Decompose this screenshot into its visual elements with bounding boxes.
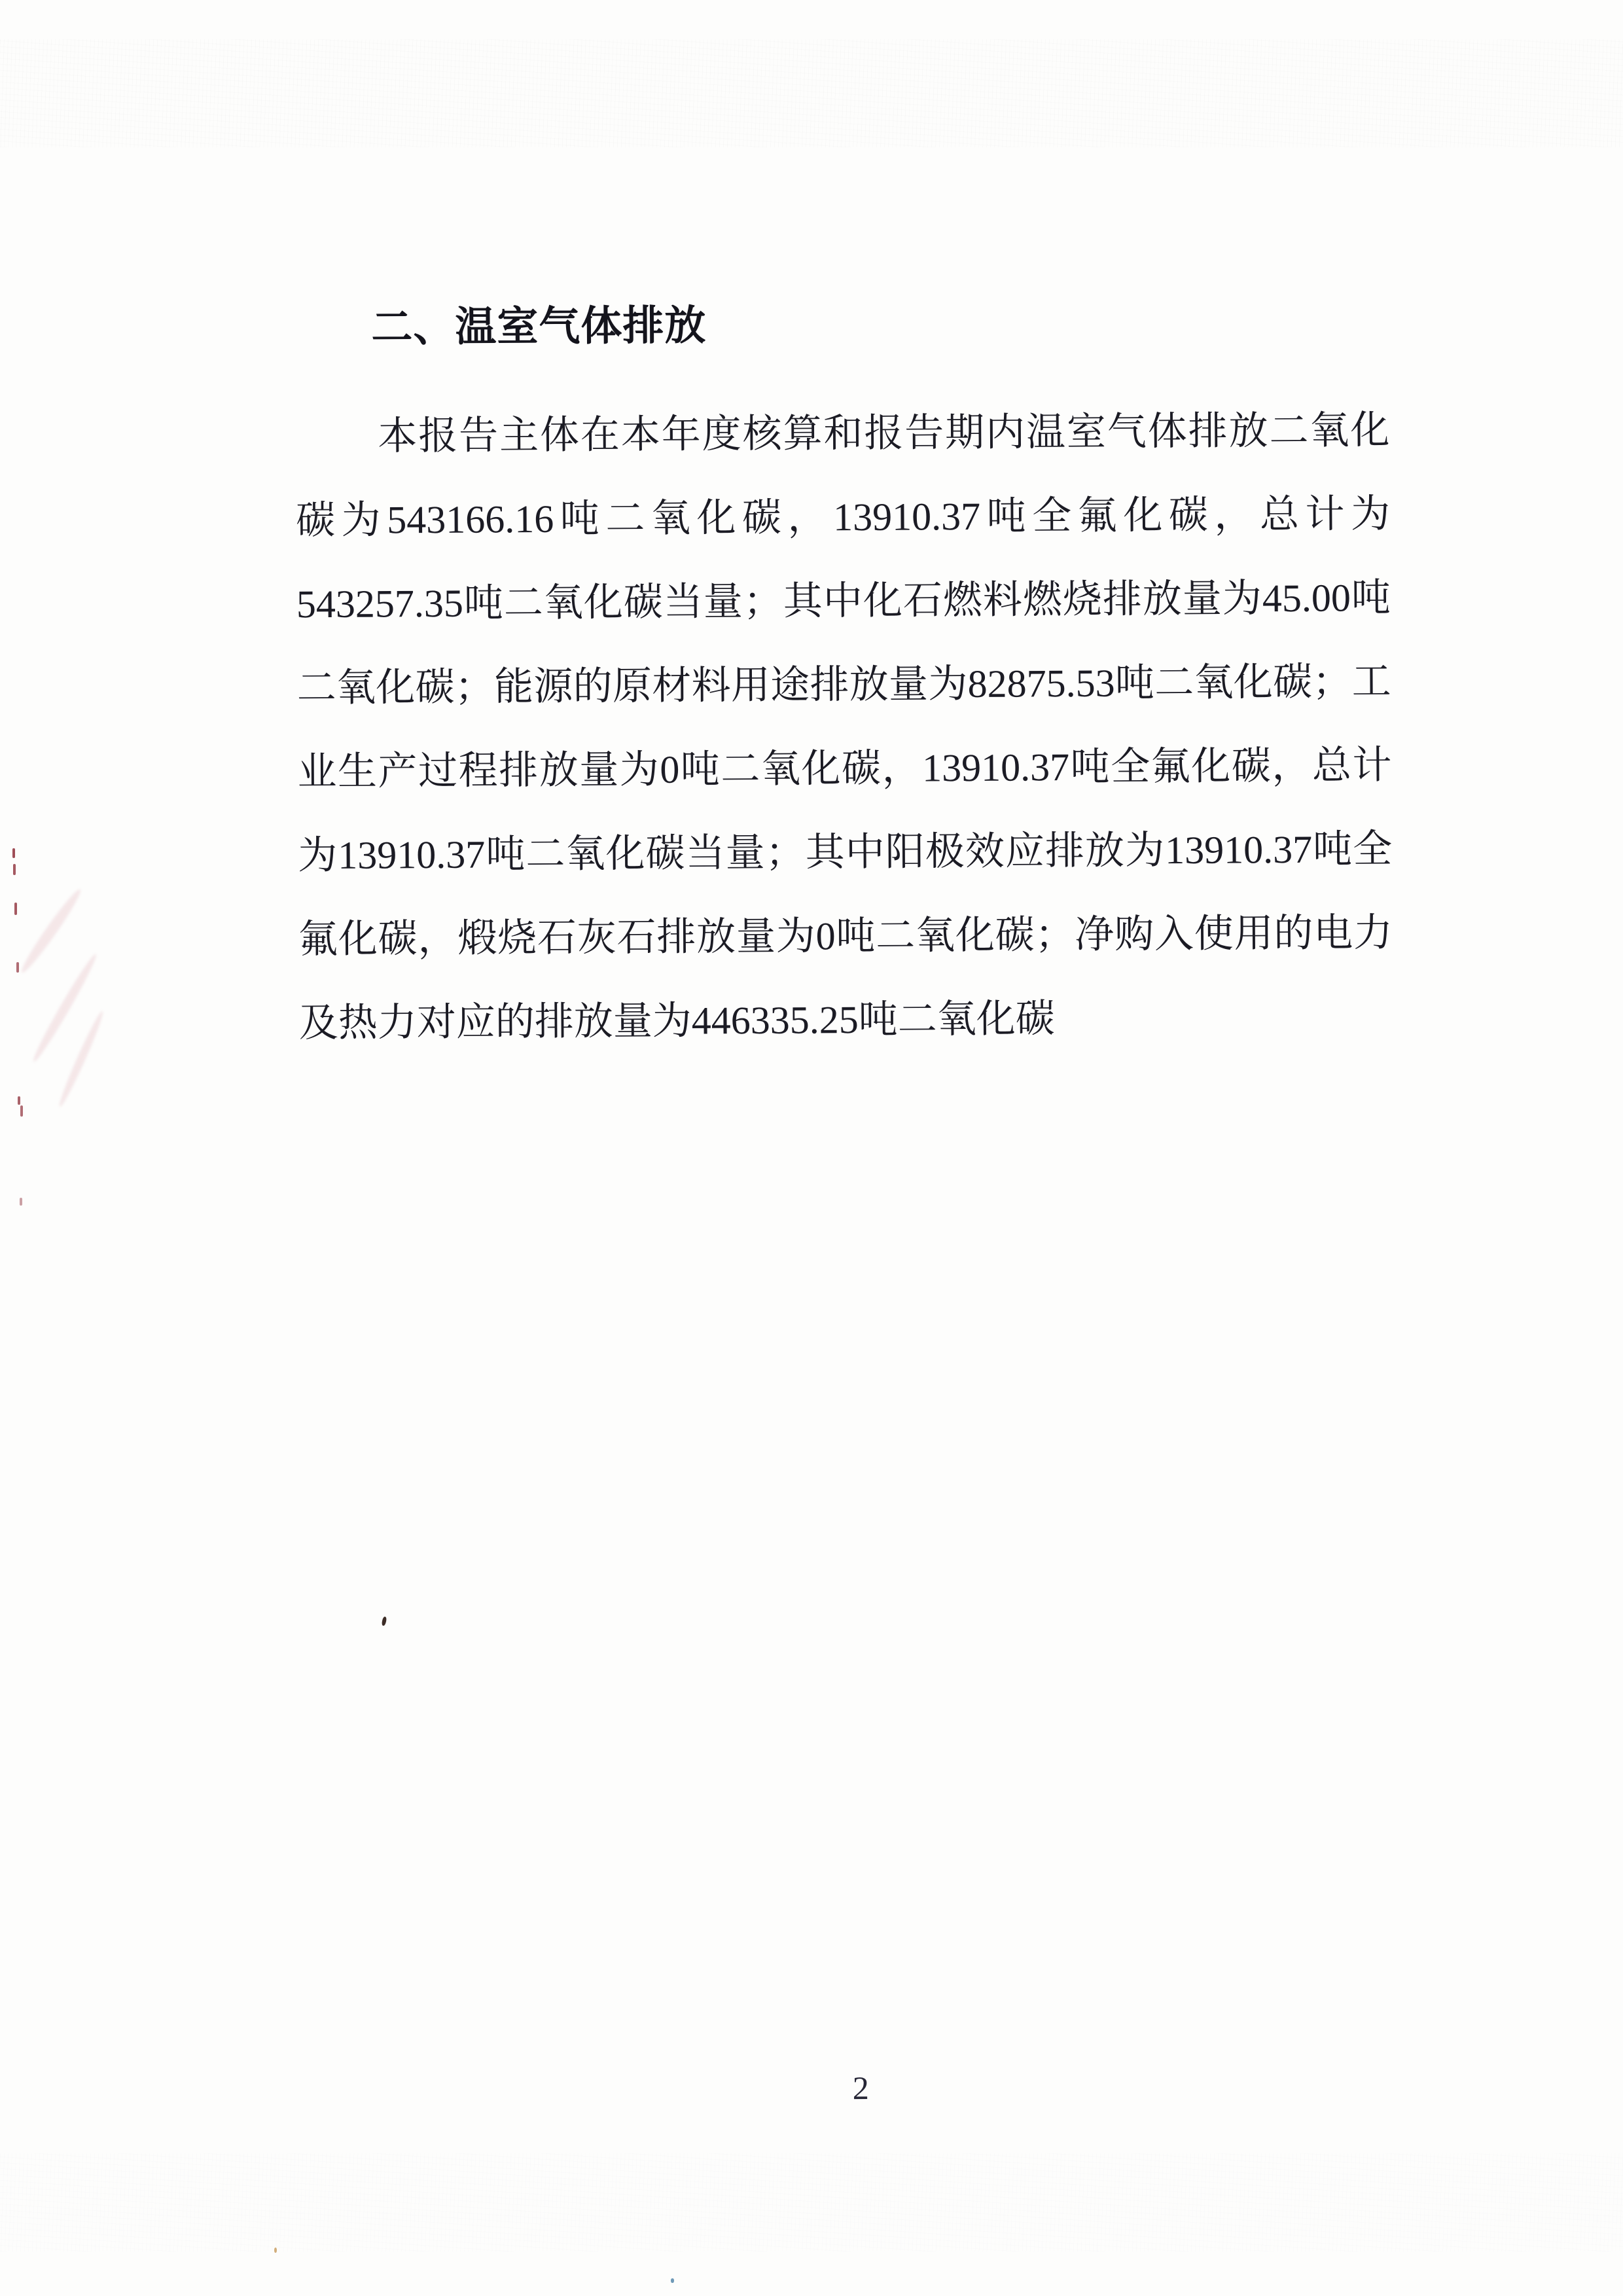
paragraph-line: 543257.35吨二氧化碳当量；其中化石燃料燃烧排放量为45.00吨 [296,556,1391,646]
edge-mark [12,848,15,858]
ink-speck [671,2278,674,2283]
printed-content: 二、温室气体排放 本报告主体在本年度核算和报告期内温室气体排放二氧化 碳为543… [0,0,1623,2296]
paragraph-line: 为13910.37吨二氧化碳当量；其中阳极效应排放为13910.37吨全 [298,807,1393,897]
edge-mark [13,864,16,875]
paragraph-line: 氟化碳，煅烧石灰石排放量为0吨二氧化碳；净购入使用的电力 [298,891,1393,981]
paragraph-line: 本报告主体在本年度核算和报告期内温室气体排放二氧化 [295,388,1390,478]
body-paragraph: 本报告主体在本年度核算和报告期内温室气体排放二氧化 碳为543166.16吨二氧… [295,388,1393,1065]
paragraph-line: 业生产过程排放量为0吨二氧化碳，13910.37吨全氟化碳，总计 [297,723,1392,814]
ink-speck [274,2248,277,2253]
edge-mark [14,903,17,915]
scanned-page: 二、温室气体排放 本报告主体在本年度核算和报告期内温室气体排放二氧化 碳为543… [0,0,1623,2296]
edge-mark [16,962,19,973]
edge-mark [20,1105,23,1117]
paragraph-line: 及热力对应的排放量为446335.25吨二氧化碳 [298,975,1393,1065]
paragraph-line: 碳为543166.16吨二氧化碳，13910.37吨全氟化碳，总计为 [296,472,1391,562]
paragraph-line: 二氧化碳；能源的原材料用途排放量为82875.53吨二氧化碳；工 [296,639,1391,730]
edge-mark [18,1096,20,1105]
edge-mark [20,1198,22,1206]
section-heading: 二、温室气体排放 [371,292,707,353]
page-number: 2 [853,2069,869,2107]
